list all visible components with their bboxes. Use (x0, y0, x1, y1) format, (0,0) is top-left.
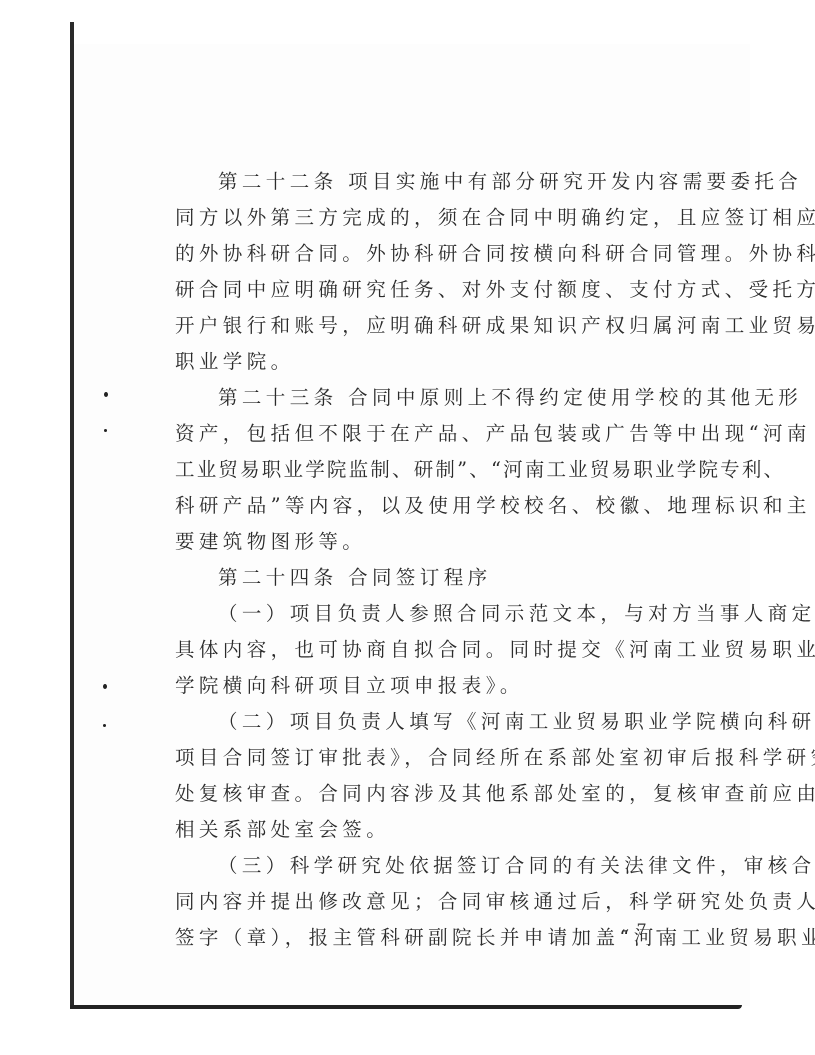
text-line: 开户银行和账号，应明确科研成果知识产权归属河南工业贸易 (175, 308, 635, 344)
text-line: 工业贸易职业学院监制、研制”、“河南工业贸易职业学院专利、 (175, 452, 635, 488)
paragraph-article-24-item-1: （一）项目负责人参照合同示范文本，与对方当事人商定 具体内容，也可协商自拟合同。… (175, 596, 635, 704)
text-line: 资产，包括但不限于在产品、产品包装或广告等中出现“河南 (175, 416, 635, 452)
text-line: 具体内容，也可协商自拟合同。同时提交《河南工业贸易职业 (175, 632, 635, 668)
text-line: 研合同中应明确研究任务、对外支付额度、支付方式、受托方 (175, 272, 635, 308)
binding-hole-mark (104, 392, 108, 397)
page-number: - 7 - (622, 920, 663, 939)
text-line: （二）项目负责人填写《河南工业贸易职业学院横向科研 (175, 704, 635, 740)
text-line: 学院横向科研项目立项申报表》。 (175, 668, 635, 704)
paragraph-article-24-item-2: （二）项目负责人填写《河南工业贸易职业学院横向科研 项目合同签订审批表》，合同经… (175, 704, 635, 848)
text-line: 的外协科研合同。外协科研合同按横向科研合同管理。外协科 (175, 236, 635, 272)
paragraph-article-24-item-3: （三）科学研究处依据签订合同的有关法律文件，审核合 同内容并提出修改意见；合同审… (175, 848, 635, 956)
text-line: 要建筑物图形等。 (175, 524, 635, 560)
text-line: （一）项目负责人参照合同示范文本，与对方当事人商定 (175, 596, 635, 632)
paragraph-article-23: 第二十三条 合同中原则上不得约定使用学校的其他无形 资产，包括但不限于在产品、产… (175, 380, 635, 560)
paragraph-article-22: 第二十二条 项目实施中有部分研究开发内容需要委托合 同方以外第三方完成的，须在合… (175, 164, 635, 380)
text-line: 同方以外第三方完成的，须在合同中明确约定，且应签订相应 (175, 200, 635, 236)
text-line: 处复核审查。合同内容涉及其他系部处室的，复核审查前应由 (175, 776, 635, 812)
binding-hole-mark (103, 684, 107, 689)
text-line: 同内容并提出修改意见；合同审核通过后，科学研究处负责人 (175, 884, 635, 920)
binding-hole-mark (104, 429, 107, 432)
text-line: 第二十二条 项目实施中有部分研究开发内容需要委托合 (175, 164, 635, 200)
text-line: （三）科学研究处依据签订合同的有关法律文件，审核合 (175, 848, 635, 884)
text-line: 职业学院。 (175, 344, 635, 380)
text-line: 第二十三条 合同中原则上不得约定使用学校的其他无形 (175, 380, 635, 416)
text-line: 相关系部处室会签。 (175, 812, 635, 848)
page-bottom-border (70, 1005, 742, 1009)
text-line: 科研产品”等内容，以及使用学校校名、校徽、地理标识和主 (175, 488, 635, 524)
page-left-border (70, 22, 74, 1008)
binding-hole-mark (103, 724, 106, 727)
text-line: 项目合同签订审批表》，合同经所在系部处室初审后报科学研究 (175, 740, 635, 776)
paragraph-article-24-heading: 第二十四条 合同签订程序 (175, 560, 635, 596)
text-line: 第二十四条 合同签订程序 (175, 560, 635, 596)
text-line: 签字（章），报主管科研副院长并申请加盖“河南工业贸易职业 (175, 920, 635, 956)
document-body: 第二十二条 项目实施中有部分研究开发内容需要委托合 同方以外第三方完成的，须在合… (175, 164, 635, 956)
